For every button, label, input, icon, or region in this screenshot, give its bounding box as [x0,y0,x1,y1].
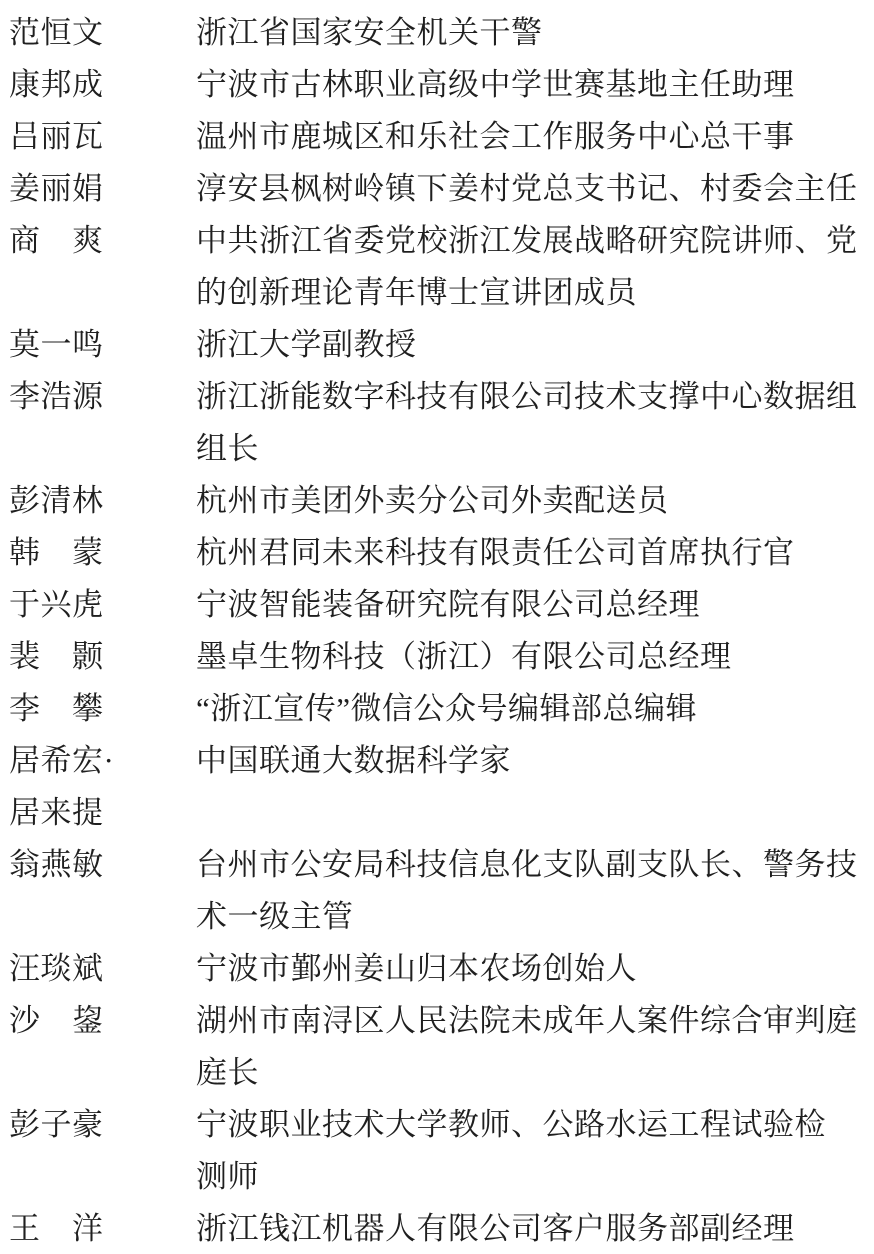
person-title-line: 中共浙江省委党校浙江发展战略研究院讲师、党 [196,215,874,267]
person-name: 汪琰斌 [9,943,196,995]
person-name: 裴 颢 [9,631,196,683]
list-item: 翁燕敏 台州市公安局科技信息化支队副支队长、警务技 术一级主管 [9,839,874,943]
person-title: “浙江宣传”微信公众号编辑部总编辑 [196,683,874,735]
person-title: 台州市公安局科技信息化支队副支队长、警务技 术一级主管 [196,839,874,943]
person-title-line: 墨卓生物科技（浙江）有限公司总经理 [196,631,874,683]
person-title: 浙江大学副教授 [196,319,874,371]
list-item: 彭清林 杭州市美团外卖分公司外卖配送员 [9,475,874,527]
person-title-line: 杭州市美团外卖分公司外卖配送员 [196,475,874,527]
list-item: 范恒文 浙江省国家安全机关干警 [9,7,874,59]
list-item: 沙 鋆 湖州市南浔区人民法院未成年人案件综合审判庭 庭长 [9,995,874,1099]
person-title-line: 浙江省国家安全机关干警 [196,7,874,59]
person-name: 王 洋 [9,1203,196,1254]
person-title: 淳安县枫树岭镇下姜村党总支书记、村委会主任 [196,163,874,215]
list-item: 姜丽娟 淳安县枫树岭镇下姜村党总支书记、村委会主任 [9,163,874,215]
list-item: 李浩源 浙江浙能数字科技有限公司技术支撑中心数据组 组长 [9,371,874,475]
person-title-line: 宁波市古林职业高级中学世赛基地主任助理 [196,59,874,111]
person-name: 商 爽 [9,215,196,267]
person-title-line: “浙江宣传”微信公众号编辑部总编辑 [196,683,874,735]
person-title-line: 中国联通大数据科学家 [196,735,874,787]
person-title: 杭州市美团外卖分公司外卖配送员 [196,475,874,527]
person-name: 于兴虎 [9,579,196,631]
person-name: 韩 蒙 [9,527,196,579]
person-title-line: 淳安县枫树岭镇下姜村党总支书记、村委会主任 [196,163,874,215]
list-item: 商 爽 中共浙江省委党校浙江发展战略研究院讲师、党 的创新理论青年博士宣讲团成员 [9,215,874,319]
person-title-line: 宁波智能装备研究院有限公司总经理 [196,579,874,631]
person-title-line: 术一级主管 [196,891,874,943]
person-name: 彭清林 [9,475,196,527]
person-name: 姜丽娟 [9,163,196,215]
person-name: 莫一鸣 [9,319,196,371]
person-title: 浙江省国家安全机关干警 [196,7,874,59]
list-item: 彭子豪 宁波职业技术大学教师、公路水运工程试验检 测师 [9,1099,874,1203]
person-title: 宁波市古林职业高级中学世赛基地主任助理 [196,59,874,111]
person-name: 彭子豪 [9,1099,196,1151]
person-title-line: 杭州君同未来科技有限责任公司首席执行官 [196,527,874,579]
honor-roll-document-page: 范恒文 浙江省国家安全机关干警 康邦成 宁波市古林职业高级中学世赛基地主任助理 … [0,0,874,1254]
person-name: 沙 鋆 [9,995,196,1047]
person-name: 李 攀 [9,683,196,735]
person-title: 墨卓生物科技（浙江）有限公司总经理 [196,631,874,683]
person-title-line: 测师 [196,1151,874,1203]
person-name: 居希宏· 居来提 [9,735,196,839]
person-title: 宁波市鄞州姜山归本农场创始人 [196,943,874,995]
list-item: 吕丽瓦 温州市鹿城区和乐社会工作服务中心总干事 [9,111,874,163]
person-title-line: 浙江浙能数字科技有限公司技术支撑中心数据组 [196,371,874,423]
list-item: 汪琰斌 宁波市鄞州姜山归本农场创始人 [9,943,874,995]
list-item: 韩 蒙 杭州君同未来科技有限责任公司首席执行官 [9,527,874,579]
list-item: 莫一鸣 浙江大学副教授 [9,319,874,371]
person-title-line: 宁波职业技术大学教师、公路水运工程试验检 [196,1099,874,1151]
person-title: 浙江浙能数字科技有限公司技术支撑中心数据组 组长 [196,371,874,475]
person-title: 杭州君同未来科技有限责任公司首席执行官 [196,527,874,579]
person-title-line: 的创新理论青年博士宣讲团成员 [196,267,874,319]
list-item: 康邦成 宁波市古林职业高级中学世赛基地主任助理 [9,59,874,111]
list-item: 李 攀 “浙江宣传”微信公众号编辑部总编辑 [9,683,874,735]
person-title: 湖州市南浔区人民法院未成年人案件综合审判庭 庭长 [196,995,874,1099]
person-title-line: 组长 [196,423,874,475]
person-name: 吕丽瓦 [9,111,196,163]
person-name: 范恒文 [9,7,196,59]
person-title-line: 浙江大学副教授 [196,319,874,371]
person-title: 浙江钱江机器人有限公司客户服务部副经理 [196,1203,874,1254]
person-title-line: 台州市公安局科技信息化支队副支队长、警务技 [196,839,874,891]
person-title: 温州市鹿城区和乐社会工作服务中心总干事 [196,111,874,163]
person-title-line: 庭长 [196,1047,874,1099]
person-title: 宁波职业技术大学教师、公路水运工程试验检 测师 [196,1099,874,1203]
person-title: 宁波智能装备研究院有限公司总经理 [196,579,874,631]
person-name: 翁燕敏 [9,839,196,891]
list-item: 裴 颢 墨卓生物科技（浙江）有限公司总经理 [9,631,874,683]
person-title-line: 宁波市鄞州姜山归本农场创始人 [196,943,874,995]
person-title: 中国联通大数据科学家 [196,735,874,787]
person-name: 康邦成 [9,59,196,111]
person-name: 李浩源 [9,371,196,423]
list-item: 居希宏· 居来提 中国联通大数据科学家 [9,735,874,839]
person-title-line: 温州市鹿城区和乐社会工作服务中心总干事 [196,111,874,163]
person-title-line: 浙江钱江机器人有限公司客户服务部副经理 [196,1203,874,1254]
list-item: 于兴虎 宁波智能装备研究院有限公司总经理 [9,579,874,631]
person-title: 中共浙江省委党校浙江发展战略研究院讲师、党 的创新理论青年博士宣讲团成员 [196,215,874,319]
person-title-line: 湖州市南浔区人民法院未成年人案件综合审判庭 [196,995,874,1047]
list-item: 王 洋 浙江钱江机器人有限公司客户服务部副经理 [9,1203,874,1254]
